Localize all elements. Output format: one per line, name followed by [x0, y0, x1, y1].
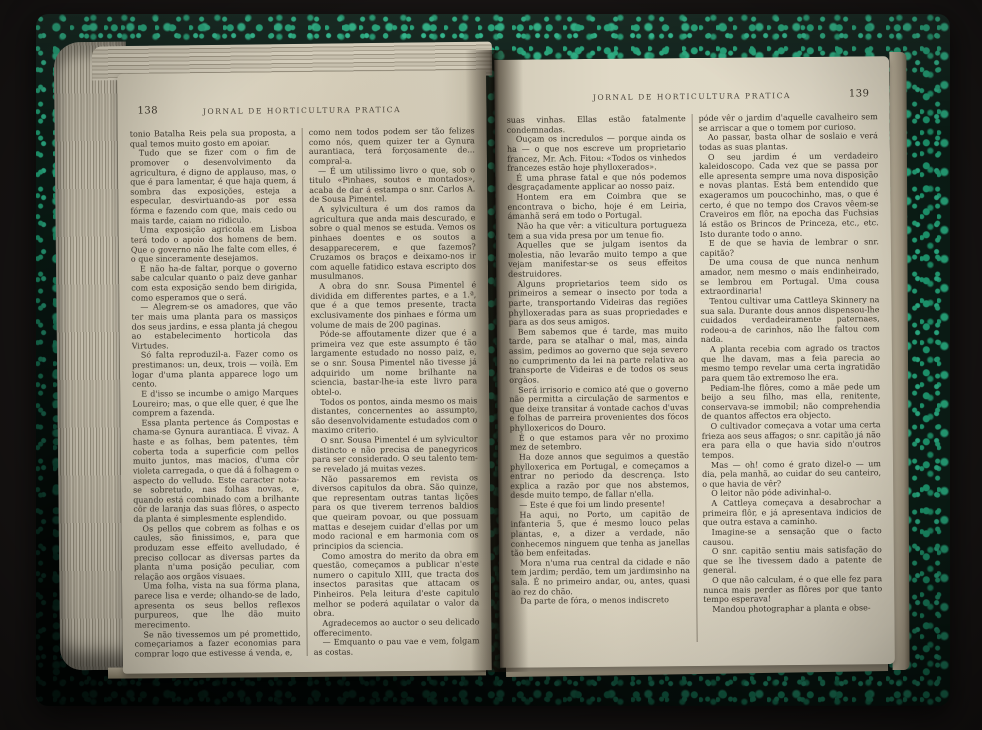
paragraph: O seu jardim é um verdadeiro kaleidoscop… — [699, 151, 879, 239]
paragraph: E de que se havia de lembrar o snr. capi… — [700, 237, 879, 258]
paragraph: Só falta reproduzil-a. Fazer como os pre… — [132, 349, 298, 389]
right-page-number: 139 — [849, 88, 870, 99]
paragraph: Ha aqui, no Porto, um capitão de infante… — [510, 509, 689, 559]
paragraph: Uma folha, vista na sua fórma plana, par… — [134, 580, 300, 630]
paragraph: Tudo que se fizer com o fim de promover … — [130, 147, 297, 226]
paragraph: — Emquanto o pau vae e vem, folgam as co… — [314, 636, 480, 656]
left-page-column-2: como nem todos podem ser tão felizes com… — [302, 126, 480, 656]
paragraph: Será irrisorio e comico até que o govern… — [509, 384, 688, 434]
paragraph: Uma exposição agricola em Lisboa terá to… — [131, 224, 297, 264]
paragraph: Ouçam os incredulos — porque ainda os ha… — [507, 133, 686, 173]
paragraph: Bem sabemos que é tarde, mas muito tarde… — [509, 326, 689, 385]
right-running-title: JORNAL DE HORTICULTURA PRATICA — [504, 90, 879, 103]
paragraph: A obra do snr. Sousa Pimentel é dividida… — [310, 280, 476, 330]
paragraph: Hontem era em Coimbra que se encontrava … — [507, 191, 686, 222]
paragraph: E não ha-de faltar, porque o governo sab… — [131, 263, 297, 303]
paragraph: Mora n'uma rua central da cidade e não t… — [511, 557, 690, 597]
paragraph: póde vêr o jardim d'aquelle cavalheiro s… — [699, 112, 878, 133]
paragraph: É o que estamos para vêr no proximo mez … — [510, 432, 689, 453]
left-running-title: JORNAL DE HORTICULTURA PRATICA — [127, 104, 476, 116]
paragraph: Não ha que vêr: a viticultura portugueza… — [508, 220, 687, 241]
book-photo-scene: 138 JORNAL DE HORTICULTURA PRATICA tonio… — [0, 0, 982, 730]
paragraph: como nem todos podem ser tão felizes com… — [309, 126, 475, 166]
paragraph: A Cattleya começava a desabrochar a prim… — [702, 497, 881, 528]
right-page-column-2: póde vêr o jardim d'aquelle cavalheiro s… — [692, 112, 883, 642]
paragraph: A sylvicultura é um dos ramos da agricul… — [309, 203, 476, 282]
paragraph: Mandou photographar a planta e obse- — [703, 603, 882, 614]
paragraph: Da parte de fóra, o menos indiscreto — [511, 595, 690, 606]
left-page: 138 JORNAL DE HORTICULTURA PRATICA tonio… — [117, 70, 492, 674]
paragraph: Todos os pontos, ainda mesmo os mais dis… — [311, 396, 477, 436]
paragraph: Se não tivessemos um pé promettido, come… — [134, 629, 300, 658]
paragraph: — É um utilissimo livro o que, sob o tit… — [309, 165, 475, 205]
right-page-column-1: suas vinhas. Ellas estão fatalmente cond… — [507, 114, 697, 644]
right-page: JORNAL DE HORTICULTURA PRATICA 139 suas … — [494, 56, 895, 668]
paragraph: O snr. capitão sentiu mais satisfação do… — [703, 545, 882, 576]
paragraph: Essa planta pertence ás Compostas e cham… — [132, 417, 299, 524]
right-page-columns: suas vinhas. Ellas estão fatalmente cond… — [507, 112, 883, 644]
paragraph: Ha doze annos que seguimos a questão phy… — [510, 451, 689, 501]
paragraph: É uma phrase fatal e que nós podemos des… — [507, 172, 686, 193]
paragraph: Mas — oh! como é grato dizel-o — um dia,… — [702, 459, 881, 490]
paragraph: O cultivador começava a votar uma certa … — [702, 420, 881, 460]
paragraph: suas vinhas. Ellas estão fatalmente cond… — [507, 114, 686, 135]
paragraph: Como amostra do merito da obra em questã… — [313, 550, 480, 619]
paragraph: O snr. Sousa Pimentel é um sylvicultor d… — [312, 434, 478, 474]
paragraph: De uma cousa de que nunca nenhum amador,… — [700, 257, 879, 297]
paragraph: Pediam-lhe flôres, como a mãe pede um be… — [701, 382, 880, 422]
paragraph: O que não calculam, é o que elle fez par… — [703, 574, 882, 605]
paragraph: Ao passar, basta olhar de soslaio e verá… — [699, 131, 878, 152]
paragraph: Tentou cultivar uma Cattleya Skinnery na… — [700, 295, 879, 345]
paragraph: Os pellos que cobrem as folhas e os caul… — [133, 523, 300, 582]
paragraph: tonio Batalha Reis pela sua proposta, a … — [130, 128, 296, 149]
right-page-header: JORNAL DE HORTICULTURA PRATICA 139 — [504, 88, 879, 108]
paragraph: A planta recebia com agrado os tractos q… — [701, 343, 880, 383]
paragraph: Alguns proprietarios teem sido os primei… — [508, 278, 687, 328]
left-page-column-1: tonio Batalha Reis pela sua proposta, a … — [130, 128, 307, 658]
paragraph: Agradecemos ao auctor o seu delicado off… — [313, 617, 479, 638]
paragraph: Aquelles que se julgam isentos da molest… — [508, 239, 687, 279]
paragraph: E d'isso se incumbe o amigo Marques Lour… — [132, 388, 298, 418]
paragraph: Póde-se affoutamente dizer que é a prime… — [311, 328, 478, 397]
left-page-header: 138 JORNAL DE HORTICULTURA PRATICA — [127, 102, 476, 121]
paragraph: Imagine-se a sensação que o facto causou… — [703, 526, 882, 547]
left-page-columns: tonio Batalha Reis pela sua proposta, a … — [130, 126, 480, 657]
paragraph: Não passaremos em revista os diversos ca… — [312, 473, 479, 552]
paragraph: — Alegrem-se os amadores, que vão ter ma… — [131, 301, 297, 351]
